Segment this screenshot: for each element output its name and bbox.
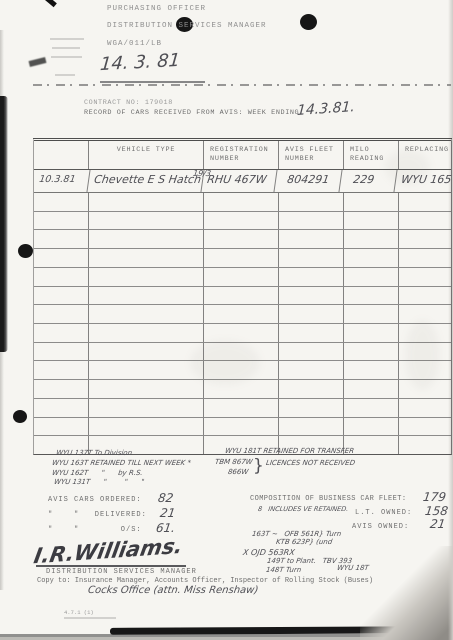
empty-cell (34, 324, 89, 342)
totals-scribble1: 163T ~ OFB 561R} Turn (251, 530, 341, 538)
ordered-value: 82 (157, 491, 174, 505)
empty-cell (34, 268, 89, 286)
empty-cell (89, 305, 204, 323)
date-underline (100, 81, 205, 83)
ordered-label: AVIS CARS ORDERED: (48, 496, 142, 504)
note-line2-right: LICENCES NOT RECEIVED (265, 459, 355, 467)
empty-cell (279, 380, 344, 398)
empty-cell (89, 268, 204, 286)
vehicle-record-table: VEHICLE TYPE REGISTRATIONNUMBER AVIS FLE… (33, 138, 452, 455)
empty-cell (344, 361, 399, 379)
empty-cell (399, 380, 451, 398)
contract-number-line: CONTRACT NO: 179018 (84, 99, 173, 107)
os-value: 61. (155, 521, 176, 535)
entry-milo-reading: 229 (340, 170, 398, 192)
table-empty-row (34, 305, 451, 324)
note-line2-registration2: 866W (227, 468, 248, 476)
empty-cell (344, 343, 399, 361)
empty-cell (279, 230, 344, 248)
signature-scribble1: X OJD 563RX (242, 548, 295, 557)
empty-cell (89, 418, 204, 436)
empty-cell (399, 230, 451, 248)
empty-cell (89, 380, 204, 398)
empty-cell (204, 418, 279, 436)
empty-cell (34, 287, 89, 305)
memo-date-handwritten: 14. 3. 81 (99, 50, 181, 75)
empty-cell (204, 361, 279, 379)
empty-cell (399, 324, 451, 342)
empty-cell (399, 399, 451, 417)
empty-cell (89, 399, 204, 417)
empty-cell (204, 399, 279, 417)
table-empty-row (34, 249, 451, 268)
table-empty-row (34, 230, 451, 249)
table-empty-row (34, 399, 451, 418)
empty-cell (344, 249, 399, 267)
copy-to-handwritten: Cocks Office (attn. Miss Renshaw) (87, 585, 259, 596)
hole-punch (300, 14, 317, 30)
empty-cell (279, 343, 344, 361)
empty-cell (204, 230, 279, 248)
divider-dash-rule (33, 84, 451, 86)
avis-owned-value: 21 (429, 517, 446, 531)
empty-cell (399, 436, 451, 454)
signature-scribble3b: WYU 18T (336, 564, 369, 572)
page-curl-shadow (360, 546, 453, 640)
empty-cell (34, 418, 89, 436)
lt-owned-value: 158 (424, 504, 449, 518)
scan-edge-shadow (0, 96, 8, 352)
empty-cell (204, 305, 279, 323)
table-empty-rows (34, 193, 451, 454)
empty-cell (399, 287, 451, 305)
corner-fold-mark (42, 0, 57, 7)
memo-from-line: DISTRIBUTION SERVICES MANAGER (107, 22, 267, 30)
entry-vehicle-type: Chevette E S Hatch19/3 (87, 170, 204, 192)
table-header-row: VEHICLE TYPE REGISTRATIONNUMBER AVIS FLE… (34, 141, 451, 170)
subject-line: RECORD OF CARS RECEIVED FROM AVIS: WEEK … (84, 109, 299, 117)
empty-cell (344, 193, 399, 211)
empty-cell (204, 268, 279, 286)
empty-cell (89, 324, 204, 342)
note-line3: WYU 162T " by R.S. (51, 469, 143, 477)
fleet-composition-value: 179 (422, 490, 447, 504)
table-empty-row (34, 343, 451, 362)
faint-stamp-line (55, 74, 75, 76)
week-ending-handwritten: 14.3.81. (297, 99, 356, 119)
copy-to-line: Copy to: Insurance Manager, Accounts Off… (37, 577, 373, 585)
empty-cell (399, 249, 451, 267)
empty-cell (204, 287, 279, 305)
empty-cell (89, 212, 204, 230)
fleet-note-handwritten: 8 INCLUDES VE RETAINED. (257, 505, 348, 513)
empty-cell (34, 361, 89, 379)
empty-cell (279, 361, 344, 379)
note-line4: WYU 131T " " " (53, 478, 144, 486)
faint-stamp-line (52, 47, 80, 49)
note-line1-left: WYU 137T To Division (55, 449, 132, 457)
memo-to-line: PURCHASING OFFICER (107, 5, 206, 13)
empty-cell (204, 212, 279, 230)
empty-cell (279, 249, 344, 267)
column-header-avis-fleet: AVIS FLEETNUMBER (279, 141, 344, 169)
empty-cell (34, 249, 89, 267)
empty-cell (399, 212, 451, 230)
empty-cell (89, 230, 204, 248)
entry-date: 10.3.81 (32, 170, 90, 192)
empty-cell (89, 343, 204, 361)
empty-cell (279, 212, 344, 230)
empty-cell (34, 193, 89, 211)
table-empty-row (34, 324, 451, 343)
empty-cell (34, 380, 89, 398)
faint-stamp-line (51, 56, 82, 58)
empty-cell (399, 305, 451, 323)
column-header-date (34, 141, 89, 169)
signature-underline (36, 565, 186, 567)
empty-cell (344, 287, 399, 305)
empty-cell (279, 287, 344, 305)
empty-cell (89, 361, 204, 379)
signature-scribble3: 148T Turn (265, 566, 301, 574)
empty-cell (344, 212, 399, 230)
memo-ref-number: WGA/011/LB (107, 40, 162, 48)
empty-cell (399, 361, 451, 379)
signature: I.R.Williams. (32, 534, 185, 569)
column-header-replacing: REPLACING (399, 141, 451, 169)
table-empty-row (34, 212, 451, 231)
empty-cell (399, 193, 451, 211)
empty-cell (344, 230, 399, 248)
empty-cell (399, 268, 451, 286)
empty-cell (399, 418, 451, 436)
column-header-registration: REGISTRATIONNUMBER (204, 141, 279, 169)
empty-cell (279, 193, 344, 211)
table-entry-row: 10.3.81 Chevette E S Hatch19/3 RHU 467W … (34, 170, 451, 193)
table-empty-row (34, 380, 451, 399)
avis-owned-label: AVIS OWNED: (352, 523, 409, 531)
empty-cell (34, 230, 89, 248)
empty-cell (34, 305, 89, 323)
empty-cell (344, 305, 399, 323)
entry-fleet-number: 804291 (275, 170, 343, 192)
empty-cell (279, 399, 344, 417)
entry-replacing: WYU 165 (394, 170, 452, 192)
column-header-milo: MILOREADING (344, 141, 399, 169)
empty-cell (279, 324, 344, 342)
os-label: " " O/S: (48, 526, 142, 534)
note-line2-left: WYU 163T RETAINED TILL NEXT WEEK * (51, 459, 191, 467)
empty-cell (34, 212, 89, 230)
empty-cell (344, 380, 399, 398)
hole-punch (13, 410, 27, 423)
lt-owned-label: L.T. OWNED: (355, 509, 412, 517)
table-empty-row (34, 418, 451, 437)
empty-cell (344, 324, 399, 342)
footer-tiny-print (64, 617, 116, 619)
footer-form-code: 4.7.1 (1) (64, 609, 94, 616)
empty-cell (89, 249, 204, 267)
note-line2-registration: TBM 867W (214, 458, 253, 466)
empty-cell (279, 305, 344, 323)
table-empty-row (34, 287, 451, 306)
table-empty-row (34, 361, 451, 380)
delivered-label: " " DELIVERED: (48, 511, 147, 519)
hole-punch (18, 244, 33, 258)
empty-cell (34, 343, 89, 361)
empty-cell (279, 268, 344, 286)
column-header-vehicle-type: VEHICLE TYPE (89, 141, 204, 169)
note-line1-right: WYU 181T RETAINED FOR TRANSFER (224, 447, 354, 455)
empty-cell (89, 193, 204, 211)
faint-stamp-line (50, 38, 84, 40)
ink-smudge (29, 57, 47, 67)
empty-cell (279, 418, 344, 436)
empty-cell (34, 399, 89, 417)
entry-registration: RHU 467W (201, 170, 278, 192)
empty-cell (399, 343, 451, 361)
empty-cell (204, 249, 279, 267)
empty-cell (204, 324, 279, 342)
table-empty-row (34, 193, 451, 212)
table-empty-row (34, 268, 451, 287)
signatory-title: DISTRIBUTION SERVICES MANAGER (46, 568, 197, 576)
scanned-memo-page: PURCHASING OFFICER DISTRIBUTION SERVICES… (0, 0, 453, 640)
delivered-value: 21 (159, 506, 176, 520)
empty-cell (344, 268, 399, 286)
empty-cell (89, 287, 204, 305)
note-brace: } (253, 456, 264, 476)
empty-cell (204, 193, 279, 211)
empty-cell (344, 418, 399, 436)
fleet-composition-label: COMPOSITION OF BUSINESS CAR FLEET: (250, 495, 406, 503)
empty-cell (344, 399, 399, 417)
totals-scribble2: KTB 623P} (und (275, 538, 332, 546)
empty-cell (204, 380, 279, 398)
empty-cell (204, 343, 279, 361)
